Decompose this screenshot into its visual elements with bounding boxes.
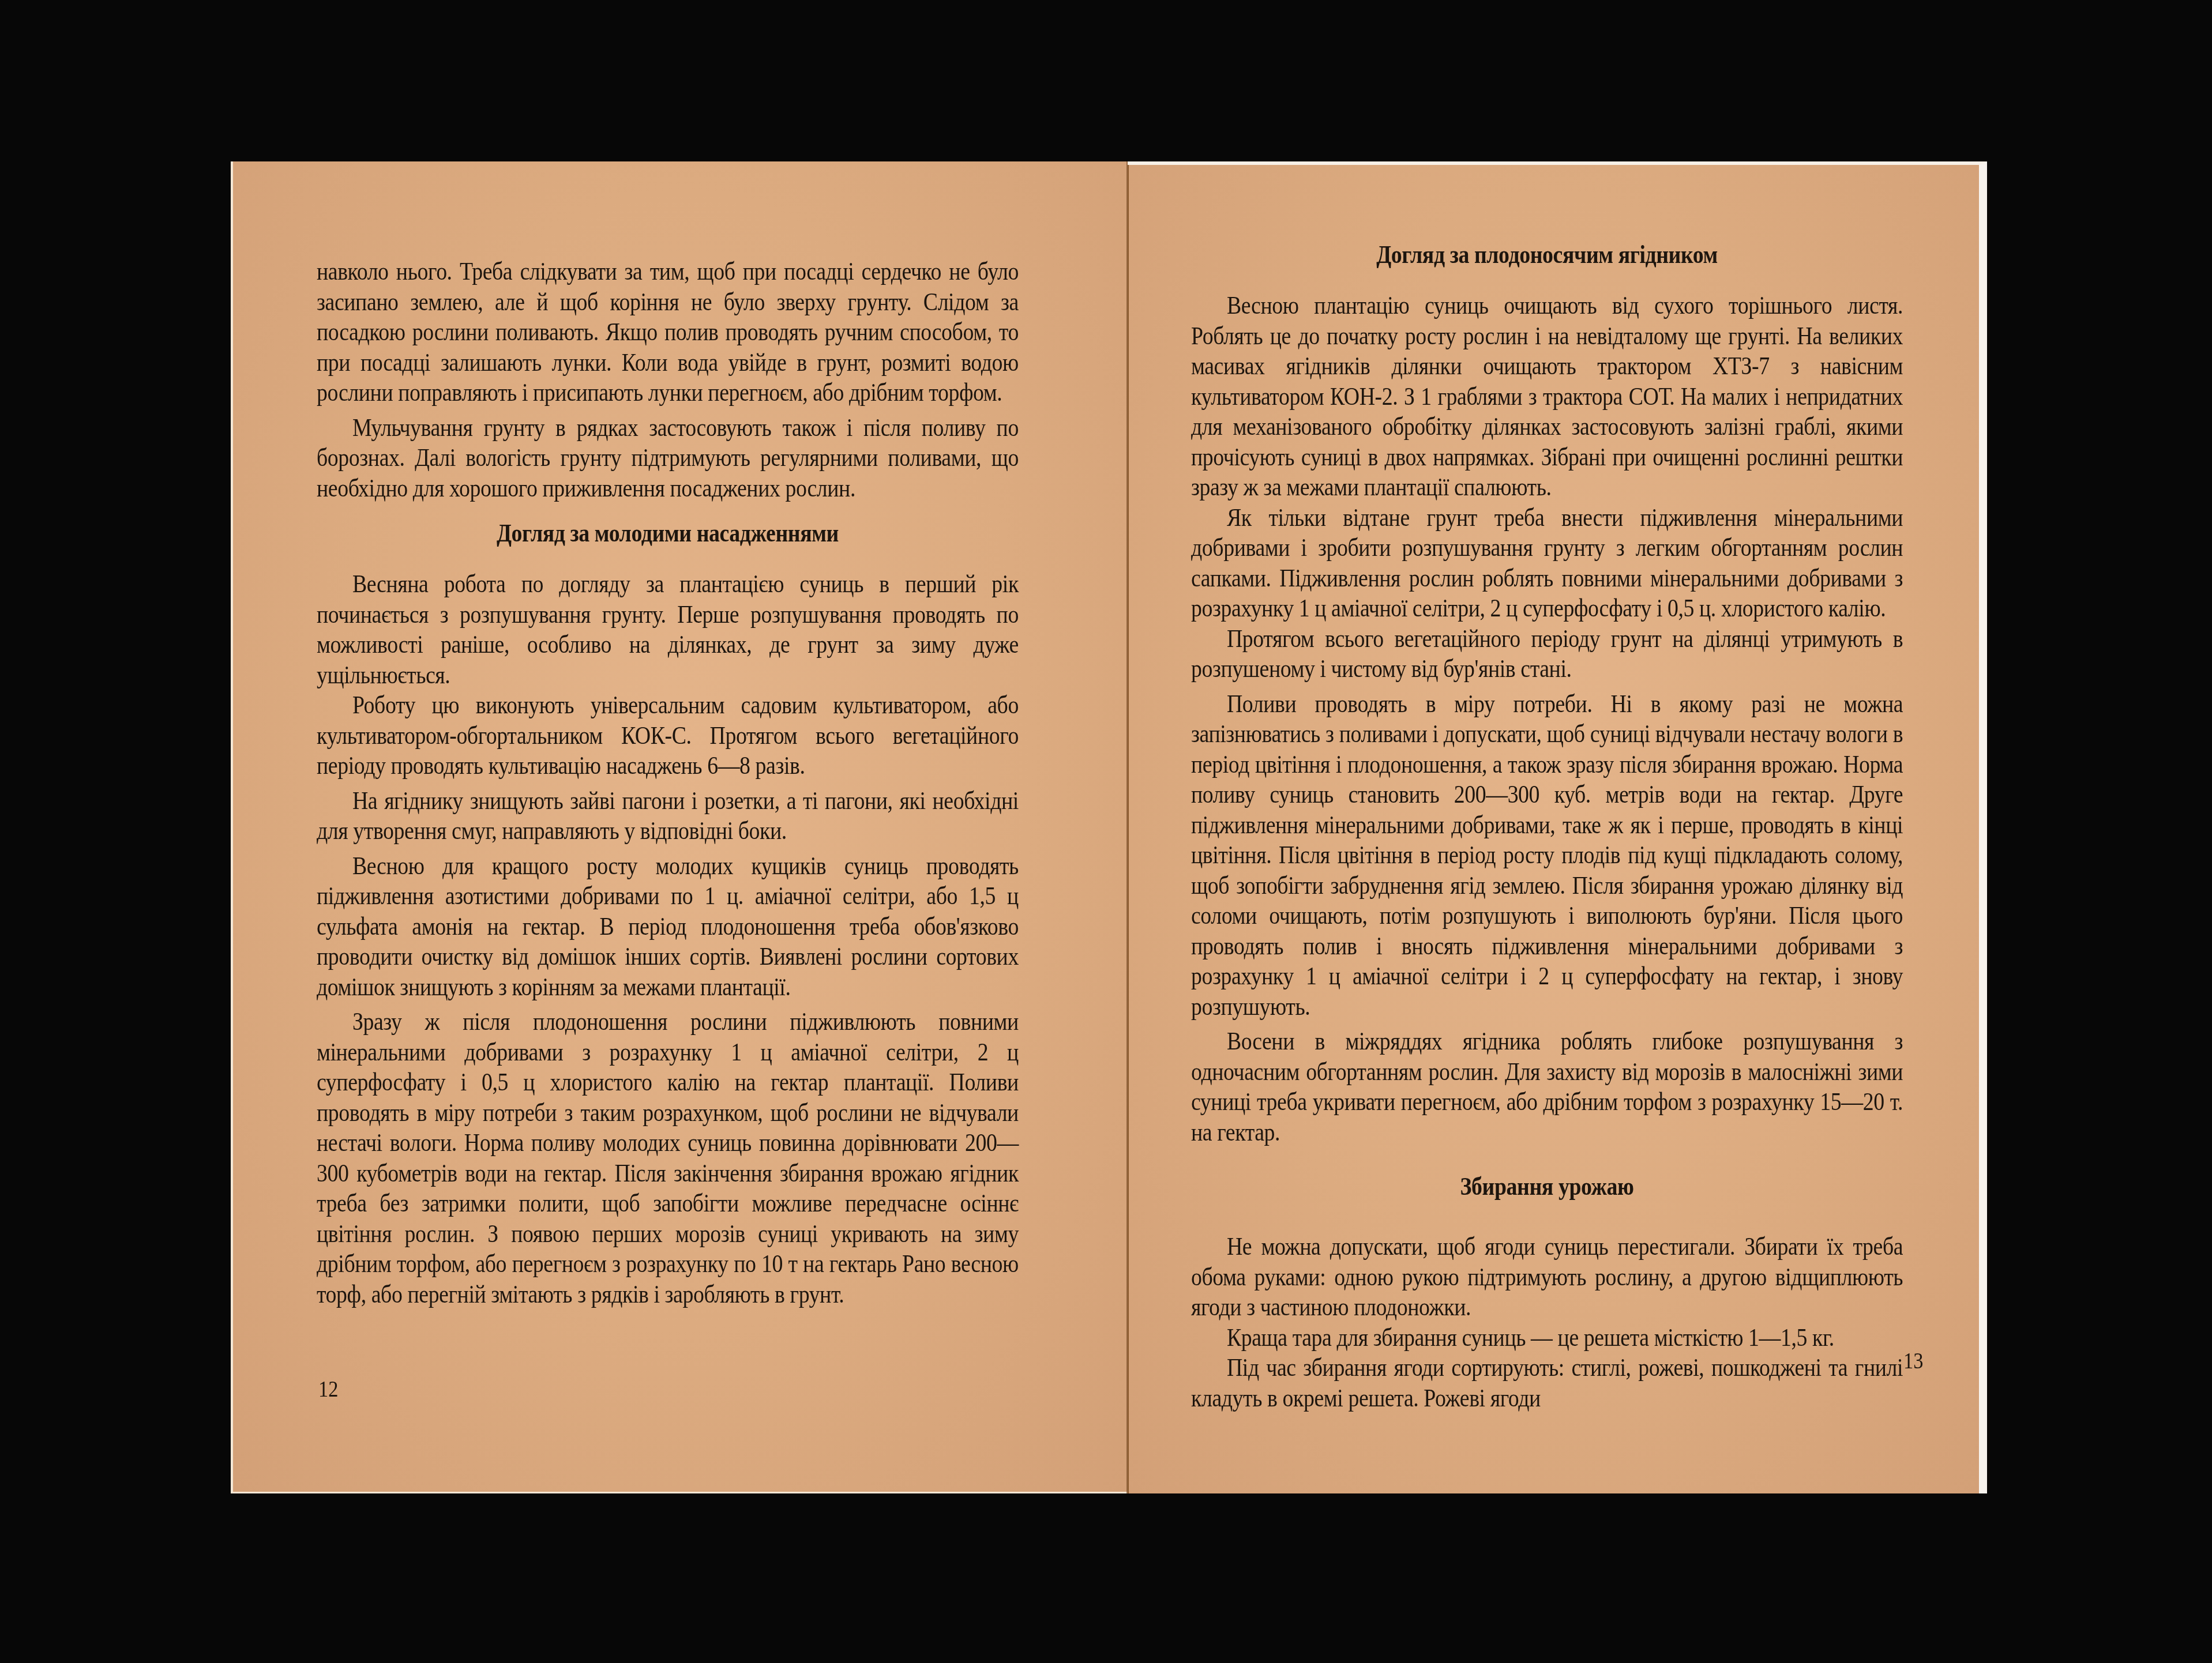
- paragraph: Мульчування грунту в рядках застосовують…: [317, 413, 1019, 504]
- right-page: Догляд за плодоносячим ягідником Весною …: [1128, 161, 1987, 1493]
- paragraph: Зразу ж після плодоношення рослини піджи…: [317, 1007, 1019, 1310]
- page-number: 13: [1903, 1347, 1923, 1374]
- left-page: навколо нього. Треба слідкувати за тим, …: [231, 161, 1131, 1493]
- paragraph: Весною для кращого росту молодих кущиків…: [317, 851, 1019, 1003]
- section-heading: Догляд за молодими насадженнями: [317, 518, 1019, 548]
- paragraph: Весною плантацію суниць очищають від сух…: [1191, 291, 1903, 503]
- right-page-text: Догляд за плодоносячим ягідником Весною …: [1191, 240, 1903, 1413]
- section-heading: Збирання урожаю: [1191, 1172, 1903, 1202]
- paragraph: Поливи проводять в міру потреби. Ні в як…: [1191, 689, 1903, 1022]
- paragraph: Краща тара для збирання суниць — це реше…: [1191, 1323, 1903, 1353]
- paragraph: На ягіднику знищують зайві пагони і розе…: [317, 786, 1019, 846]
- paragraph: Весняна робота по догляду за плантацією …: [317, 569, 1019, 690]
- page-number: 12: [318, 1375, 338, 1402]
- paragraph: Восени в міжряддях ягідника роблять глиб…: [1191, 1026, 1903, 1147]
- paragraph: Не можна допускати, щоб ягоди суниць пер…: [1191, 1232, 1903, 1323]
- paragraph: Протягом всього вегетаційного періоду гр…: [1191, 624, 1903, 684]
- paragraph: Під час збирання ягоди сортирують: стигл…: [1191, 1353, 1903, 1413]
- paragraph: навколо нього. Треба слідкувати за тим, …: [317, 257, 1019, 408]
- paragraph: Роботу цю виконують універсальним садови…: [317, 690, 1019, 781]
- open-booklet: навколо нього. Треба слідкувати за тим, …: [231, 161, 2004, 1493]
- left-page-text: навколо нього. Треба слідкувати за тим, …: [317, 257, 1019, 1310]
- section-heading: Догляд за плодоносячим ягідником: [1191, 240, 1903, 270]
- paragraph: Як тільки відтане грунт треба внести під…: [1191, 503, 1903, 624]
